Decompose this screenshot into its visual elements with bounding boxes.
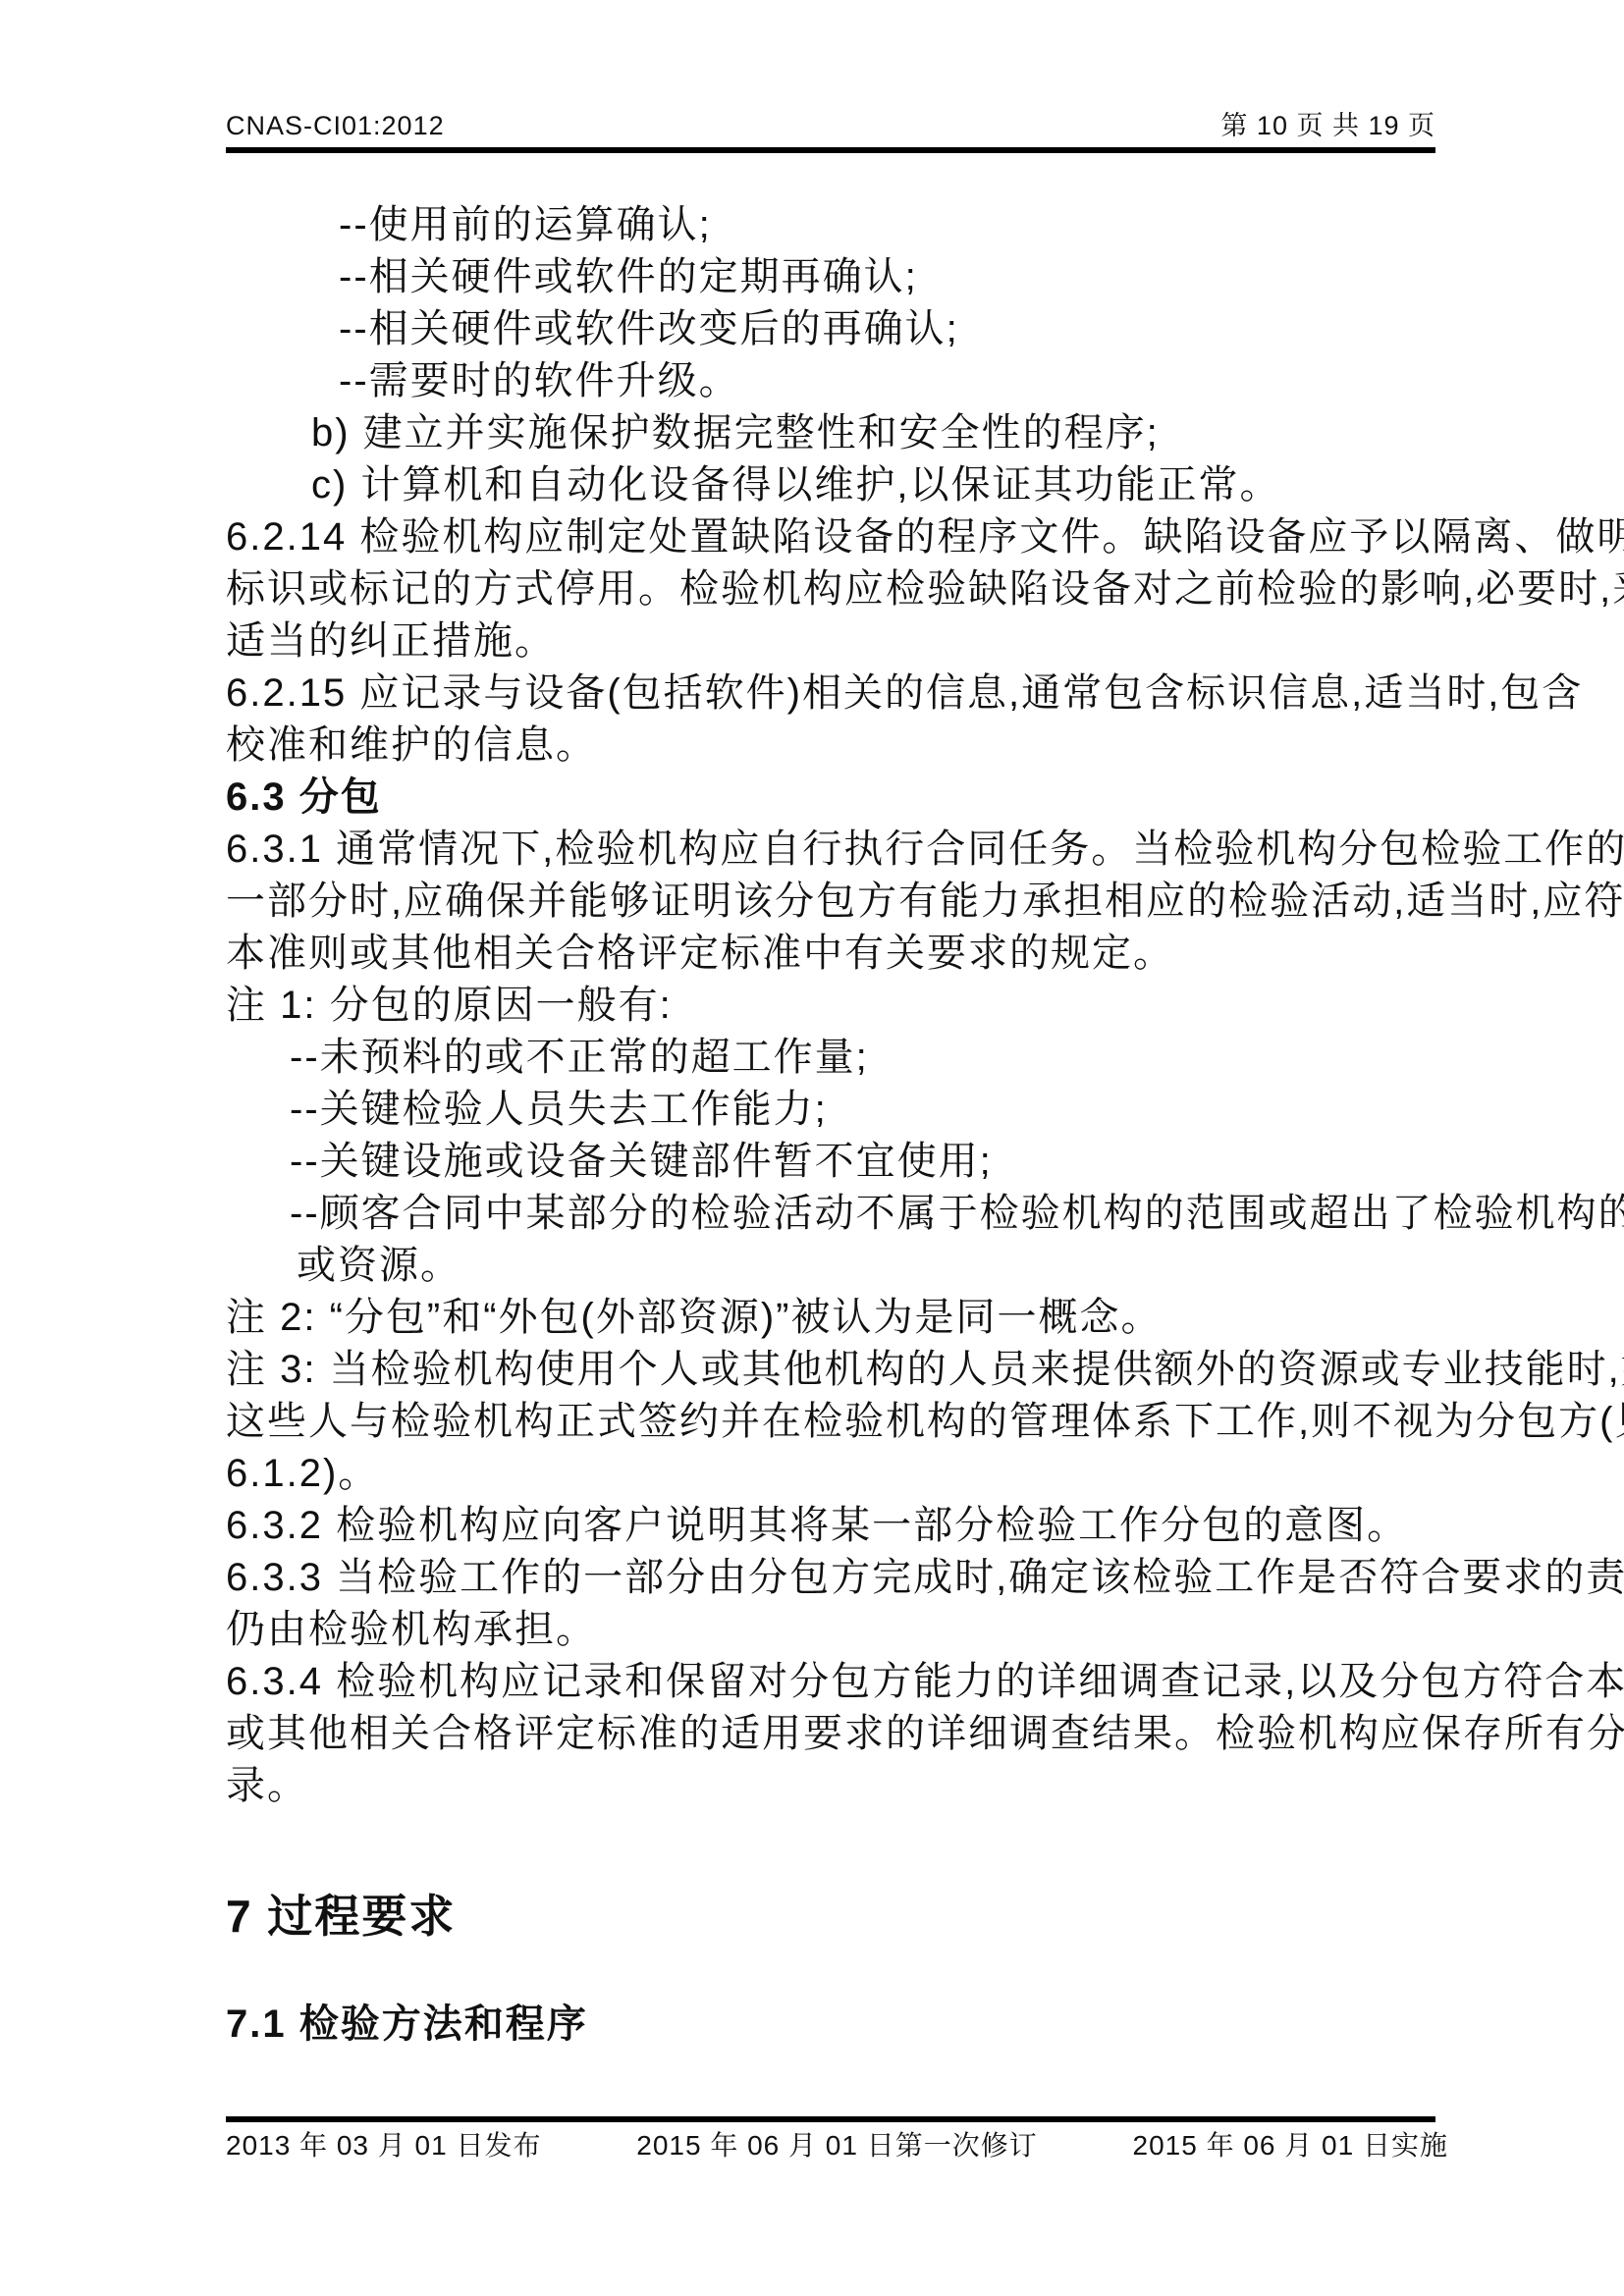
text-line: 标识或标记的方式停用。检验机构应检验缺陷设备对之前检验的影响,必要时,采取	[226, 563, 1512, 615]
text-line: --关键检验人员失去工作能力;	[290, 1084, 1512, 1136]
text-line: 校准和维护的信息。	[226, 720, 1512, 772]
text-line: --需要时的软件升级。	[339, 355, 1512, 407]
text-line: 6.2.14 检验机构应制定处置缺陷设备的程序文件。缺陷设备应予以隔离、做明显的	[226, 511, 1512, 563]
text-line: 6.2.15 应记录与设备(包括软件)相关的信息,通常包含标识信息,适当时,包含	[226, 667, 1512, 720]
document-page: CNAS-CI01:2012 第 10 页 共 19 页 --使用前的运算确认;…	[0, 0, 1624, 2296]
text-line: 仍由检验机构承担。	[226, 1604, 1512, 1656]
text-line: 6.3 分包	[226, 772, 1512, 824]
text-line: 6.3.3 当检验工作的一部分由分包方完成时,确定该检验工作是否符合要求的责任应	[226, 1552, 1512, 1604]
text-line: 注 1: 分包的原因一般有:	[226, 980, 1512, 1032]
text-line: 一部分时,应确保并能够证明该分包方有能力承担相应的检验活动,适当时,应符合	[226, 876, 1512, 928]
text-line: 注 3: 当检验机构使用个人或其他机构的人员来提供额外的资源或专业技能时,如果	[226, 1344, 1512, 1396]
header-rule	[226, 147, 1435, 153]
text-line: 或资源。	[297, 1240, 1512, 1292]
section-heading-7-1: 7.1 检验方法和程序	[226, 1999, 1435, 2051]
text-line: --顾客合同中某部分的检验活动不属于检验机构的范围或超出了检验机构的能力	[290, 1188, 1512, 1240]
text-line: c) 计算机和自动化设备得以维护,以保证其功能正常。	[311, 459, 1512, 511]
page-number-info: 第 10 页 共 19 页	[1220, 110, 1435, 141]
text-line: --关键设施或设备关键部件暂不宜使用;	[290, 1136, 1512, 1188]
text-line: 录。	[226, 1760, 1512, 1812]
footer-published-date: 2013 年 03 月 01 日发布	[226, 2128, 541, 2163]
text-line: b) 建立并实施保护数据完整性和安全性的程序;	[311, 407, 1512, 459]
page-header: CNAS-CI01:2012 第 10 页 共 19 页	[226, 110, 1435, 141]
section-heading-7: 7 过程要求	[226, 1887, 1435, 1946]
text-line: --使用前的运算确认;	[339, 199, 1512, 251]
text-line: 适当的纠正措施。	[226, 615, 1512, 667]
footer-effective-date: 2015 年 06 月 01 日实施	[1133, 2128, 1448, 2163]
footer-rule	[226, 2116, 1435, 2122]
page-footer: 2013 年 03 月 01 日发布 2015 年 06 月 01 日第一次修订…	[226, 2128, 1448, 2163]
document-code: CNAS-CI01:2012	[226, 110, 445, 141]
text-line: 6.1.2)。	[226, 1448, 1512, 1500]
text-line: 注 2: “分包”和“外包(外部资源)”被认为是同一概念。	[226, 1292, 1512, 1344]
text-line: 或其他相关合格评定标准的适用要求的详细调查结果。检验机构应保存所有分包方名	[226, 1708, 1512, 1760]
text-line: --相关硬件或软件的定期再确认;	[339, 251, 1512, 303]
text-line: 6.3.2 检验机构应向客户说明其将某一部分检验工作分包的意图。	[226, 1500, 1512, 1552]
text-line: 6.3.1 通常情况下,检验机构应自行执行合同任务。当检验机构分包检验工作的任何	[226, 824, 1512, 876]
text-line: 6.3.4 检验机构应记录和保留对分包方能力的详细调查记录,以及分包方符合本准则	[226, 1656, 1512, 1708]
text-line: 这些人与检验机构正式签约并在检验机构的管理体系下工作,则不视为分包方(见	[226, 1396, 1512, 1448]
text-line: --相关硬件或软件改变后的再确认;	[339, 303, 1512, 355]
text-line: --未预料的或不正常的超工作量;	[290, 1032, 1512, 1084]
text-line: 本准则或其他相关合格评定标准中有关要求的规定。	[226, 928, 1512, 980]
footer-revised-date: 2015 年 06 月 01 日第一次修订	[636, 2128, 1037, 2163]
document-body: --使用前的运算确认; --相关硬件或软件的定期再确认; --相关硬件或软件改变…	[226, 199, 1512, 1812]
